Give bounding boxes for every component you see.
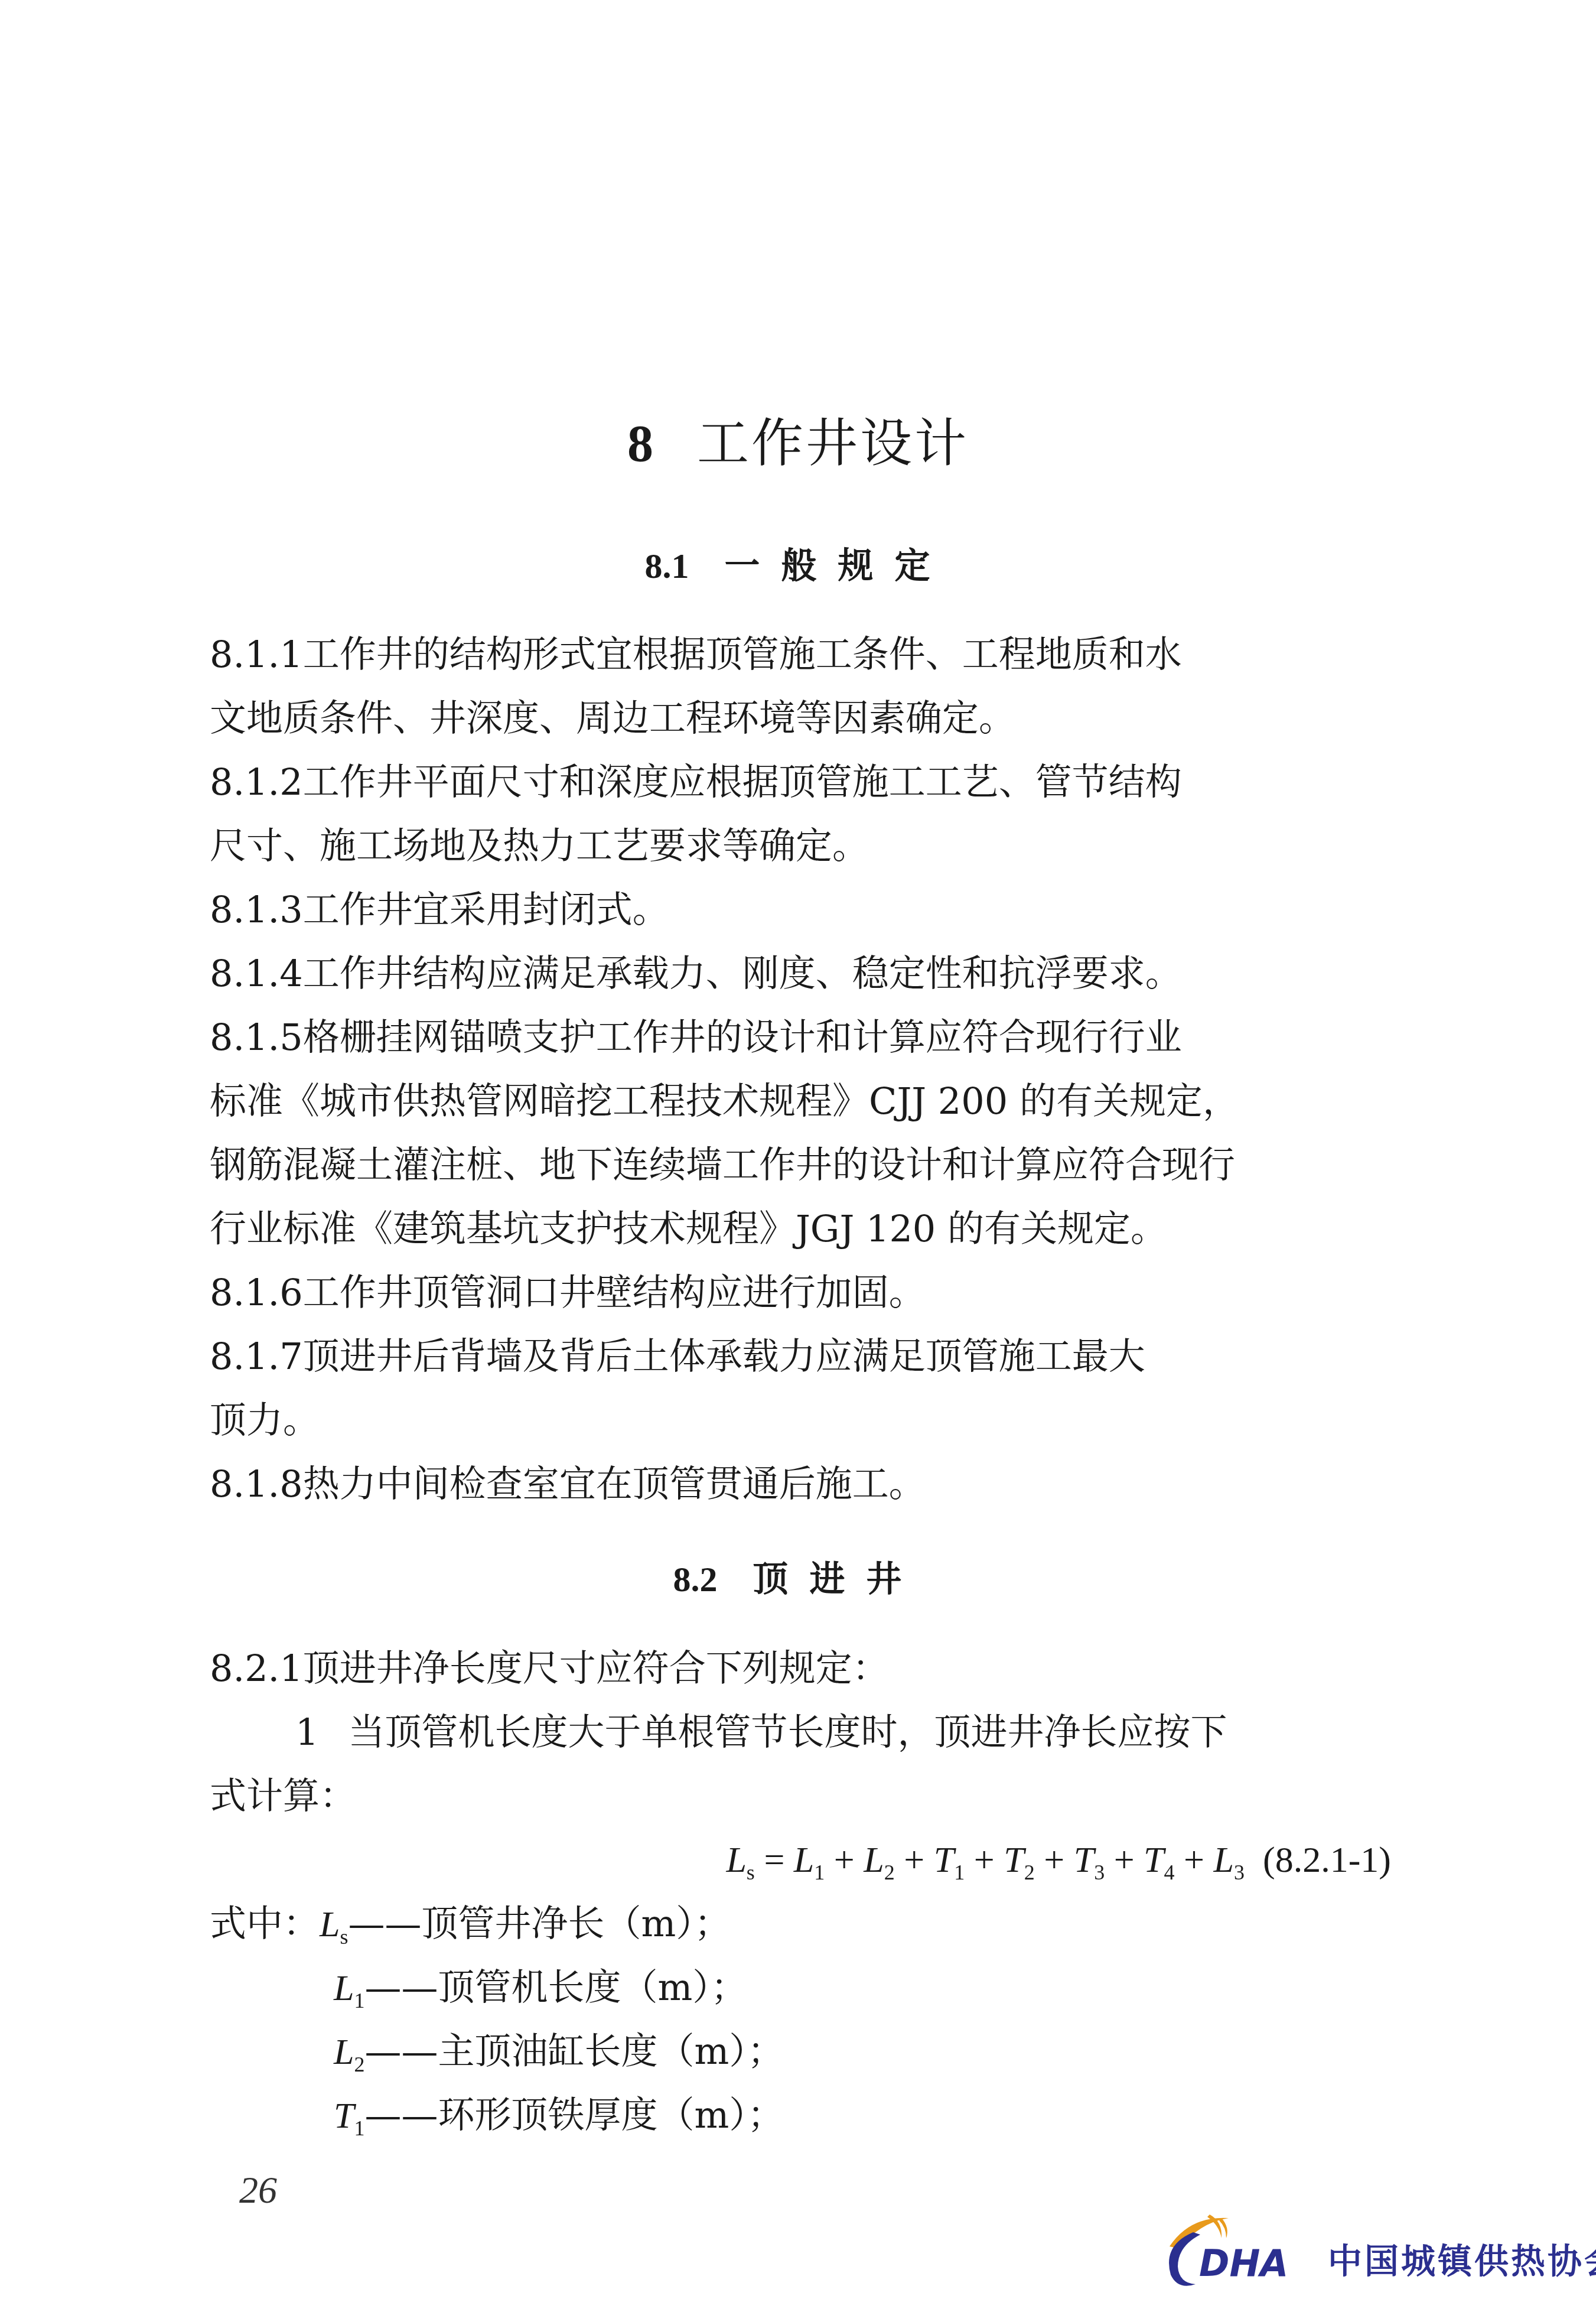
clause-text: 顶进井后背墙及背后土体承载力应满足顶管施工最大: [303, 1335, 1145, 1378]
list-item-1: 1当顶管机长度大于单根管节长度时，顶进井净长应按下: [295, 1700, 1227, 1764]
clause-8-1-5: 8.1.5格栅挂网锚喷支护工作井的设计和计算应符合现行行业: [210, 1006, 1182, 1069]
clause-text: 工作井顶管洞口井壁结构应进行加固。: [303, 1271, 926, 1314]
definition-t1: T1——环形顶铁厚度（m）；: [334, 2083, 784, 2160]
section-number: 8.1: [645, 547, 689, 586]
clause-id: 8.1.8: [210, 1462, 303, 1505]
chapter-title: 8工作井设计: [0, 402, 1596, 476]
definition-text: ——顶管机长度（m）；: [364, 1966, 747, 2009]
section-number: 8.2: [673, 1560, 718, 1599]
section-heading: 一般规定: [725, 545, 952, 587]
clause-id: 8.2.1: [210, 1647, 303, 1690]
logo-abbr: DHA: [1199, 2242, 1288, 2285]
clause-id: 8.1.4: [210, 952, 303, 995]
clause-id: 8.1.7: [210, 1335, 303, 1378]
item-number: 1: [295, 1711, 318, 1754]
clause-text: 格栅挂网锚喷支护工作井的设计和计算应符合现行行业: [303, 1016, 1182, 1059]
clause-text-line: 顶力。: [210, 1388, 320, 1452]
section-title-8-2: 8.2顶进井: [0, 1551, 1596, 1602]
clause-text-line: 钢筋混凝土灌注桩、地下连续墙工作井的设计和计算应符合现行: [210, 1133, 1235, 1197]
clause-8-1-1: 8.1.1工作井的结构形式宜根据顶管施工条件、工程地质和水: [210, 623, 1182, 687]
clause-8-2-1: 8.2.1顶进井净长度尺寸应符合下列规定：: [210, 1637, 889, 1700]
clause-8-1-7: 8.1.7顶进井后背墙及背后土体承载力应满足顶管施工最大: [210, 1325, 1145, 1388]
clause-id: 8.1.5: [210, 1016, 303, 1059]
clause-8-1-8: 8.1.8热力中间检查室宜在顶管贯通后施工。: [210, 1452, 926, 1516]
definition-text: ——环形顶铁厚度（m）；: [364, 2093, 784, 2137]
symbol-sub: 2: [354, 2053, 364, 2076]
chapter-number: 8: [627, 415, 656, 473]
clause-text: 顶进井净长度尺寸应符合下列规定：: [303, 1647, 889, 1690]
clause-id: 8.1.3: [210, 888, 303, 931]
symbol-sub: 1: [354, 1989, 364, 2012]
symbol: L: [320, 1904, 340, 1944]
formula-label: (8.2.1-1): [1263, 1840, 1391, 1880]
cdha-emblem-icon: DHA: [1158, 2210, 1329, 2293]
symbol-sub: s: [340, 1925, 348, 1949]
clause-8-1-6: 8.1.6工作井顶管洞口井壁结构应进行加固。: [210, 1261, 926, 1325]
clause-text-line: 行业标准《建筑基坑支护技术规程》JGJ 120 的有关规定。: [210, 1197, 1167, 1261]
clause-8-1-2: 8.1.2工作井平面尺寸和深度应根据顶管施工工艺、管节结构: [210, 750, 1182, 814]
item-text-line: 式计算：: [210, 1764, 356, 1828]
item-text: 当顶管机长度大于单根管节长度时，顶进井净长应按下: [348, 1711, 1227, 1754]
clause-text-line: 文地质条件、井深度、周边工程环境等因素确定。: [210, 687, 1015, 750]
where-label: 式中：: [210, 1902, 320, 1945]
clause-8-1-3: 8.1.3工作井宜采用封闭式。: [210, 878, 669, 942]
symbol: L: [334, 2032, 354, 2072]
clause-id: 8.1.1: [210, 633, 303, 676]
section-heading: 顶进井: [753, 1559, 923, 1600]
page-number: 26: [239, 2168, 277, 2212]
logo-text: 中国城镇供热协会: [1328, 2233, 1596, 2283]
clause-text-line: 标准《城市供热管网暗挖工程技术规程》CJJ 200 的有关规定，: [210, 1069, 1239, 1133]
symbol-sub: 1: [354, 2116, 364, 2140]
cdha-logo: DHA 中国城镇供热协会: [1158, 2210, 1571, 2293]
clause-text-line: 尺寸、施工场地及热力工艺要求等确定。: [210, 814, 869, 878]
clause-text: 工作井结构应满足承载力、刚度、稳定性和抗浮要求。: [303, 952, 1182, 995]
clause-text: 热力中间检查室宜在顶管贯通后施工。: [303, 1462, 926, 1505]
clause-text: 工作井的结构形式宜根据顶管施工条件、工程地质和水: [303, 633, 1182, 676]
clause-text: 工作井宜采用封闭式。: [303, 888, 669, 931]
clause-8-1-4: 8.1.4工作井结构应满足承载力、刚度、稳定性和抗浮要求。: [210, 942, 1182, 1006]
clause-id: 8.1.2: [210, 760, 303, 804]
symbol: T: [334, 2096, 354, 2136]
clause-id: 8.1.6: [210, 1271, 303, 1314]
definition-text: ——主顶油缸长度（m）；: [364, 2030, 784, 2073]
definition-text: ——顶管井净长（m）；: [348, 1902, 731, 1945]
section-title-8-1: 8.1一般规定: [0, 538, 1596, 588]
symbol: L: [334, 1968, 354, 2008]
chapter-heading: 工作井设计: [697, 412, 969, 473]
clause-text: 工作井平面尺寸和深度应根据顶管施工工艺、管节结构: [303, 760, 1182, 804]
